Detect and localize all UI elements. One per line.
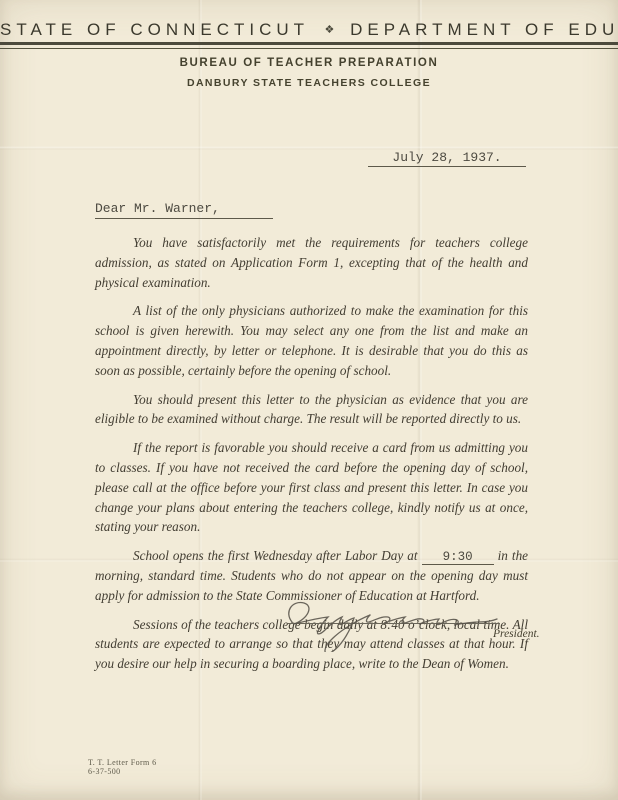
paragraph-5-pre: School opens the first Wednesday after L… (133, 548, 418, 563)
department-name: DEPARTMENT OF EDUCATION (350, 20, 618, 39)
rule-thin (0, 48, 618, 50)
body-paragraph-3: You should present this letter to the ph… (95, 390, 528, 430)
signature-block: President. (278, 592, 538, 652)
letterhead-bureau-line: BUREAU OF TEACHER PREPARATION (0, 57, 618, 69)
footer-form-number: T. T. Letter Form 6 (88, 758, 156, 767)
state-name: STATE OF CONNECTICUT (0, 20, 309, 39)
footer-print-code: 6-37-500 (88, 767, 156, 776)
time-blank: 9:30 (422, 550, 494, 565)
body-paragraph-4: If the report is favorable you should re… (95, 438, 528, 537)
date-line: July 28, 1937. (368, 150, 526, 167)
salutation: Dear Mr. Warner, (95, 201, 273, 219)
double-rule (0, 42, 618, 49)
letter-page: STATE OF CONNECTICUT ❖ DEPARTMENT OF EDU… (0, 0, 618, 800)
letterhead-college-line: DANBURY STATE TEACHERS COLLEGE (0, 77, 618, 89)
body-paragraph-2: A list of the only physicians authorized… (95, 301, 528, 380)
signature-handwriting (278, 592, 518, 652)
diamond-icon: ❖ (318, 24, 340, 36)
signature-title: President. (493, 628, 540, 640)
letterhead-state-line: STATE OF CONNECTICUT ❖ DEPARTMENT OF EDU… (0, 20, 618, 40)
body-paragraph-1: You have satisfactorily met the requirem… (95, 233, 528, 292)
footer: T. T. Letter Form 6 6-37-500 (88, 758, 156, 776)
